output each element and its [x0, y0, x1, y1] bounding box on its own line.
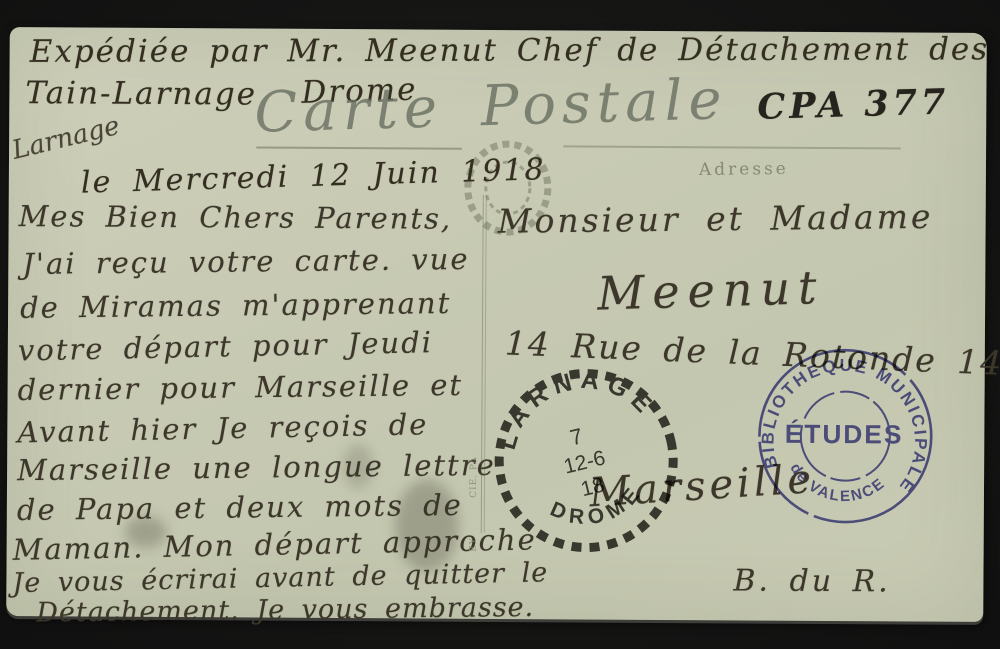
message-line: de Miramas m'apprenant [20, 286, 452, 325]
printer-mark: CIE. PA [469, 456, 479, 498]
address-recipients: Monsieur et Madame [497, 197, 933, 241]
library-stamp-section: ÉTUDES [785, 419, 904, 450]
address-department: B. du R. [733, 563, 891, 599]
message-line: J'ai reçu votre carte. vue [22, 242, 470, 281]
message-line: dernier pour Marseille et [17, 368, 463, 407]
divider-rule-right [563, 145, 901, 149]
svg-text:de VALENCE: de VALENCE [782, 458, 891, 513]
message-line: votre départ pour Jeudi [18, 325, 434, 367]
ink-smudge [394, 479, 459, 571]
sender-note-line1: Expédiée par Mr. Meenut Chef de Détachem… [30, 31, 1000, 70]
library-stamp: BIBLIOTHEQUE MUNICIPALE de VALENCE ÉTUDE… [734, 324, 957, 547]
ink-smudge [343, 444, 373, 488]
adresse-label: Adresse [699, 159, 789, 180]
address-name: Meenut [596, 260, 825, 321]
postcard: Expédiée par Mr. Meenut Chef de Détachem… [6, 27, 987, 622]
divider-rule-left [256, 147, 462, 150]
postmark-year: 18 [579, 473, 607, 501]
sender-note-place: Tain-Larnage [25, 75, 257, 112]
corner-scribble: Larnage [9, 111, 122, 166]
carte-postale-title: Carte Postale [253, 67, 728, 146]
message-line: Détachement. Je vous embrasse. [36, 592, 534, 629]
center-divider-line [481, 195, 484, 533]
scan-background: Expédiée par Mr. Meenut Chef de Détachem… [0, 0, 1000, 649]
message-line: Mes Bien Chers Parents, [19, 199, 453, 236]
printer-mark: EY [469, 537, 479, 552]
ink-smudge [125, 516, 167, 548]
catalog-number: CPA 377 [757, 81, 950, 128]
library-stamp-location: de VALENCE [782, 458, 891, 513]
postmark-hour: 7 [567, 423, 585, 450]
message-line: Avant hier Je reçois de [17, 407, 429, 449]
